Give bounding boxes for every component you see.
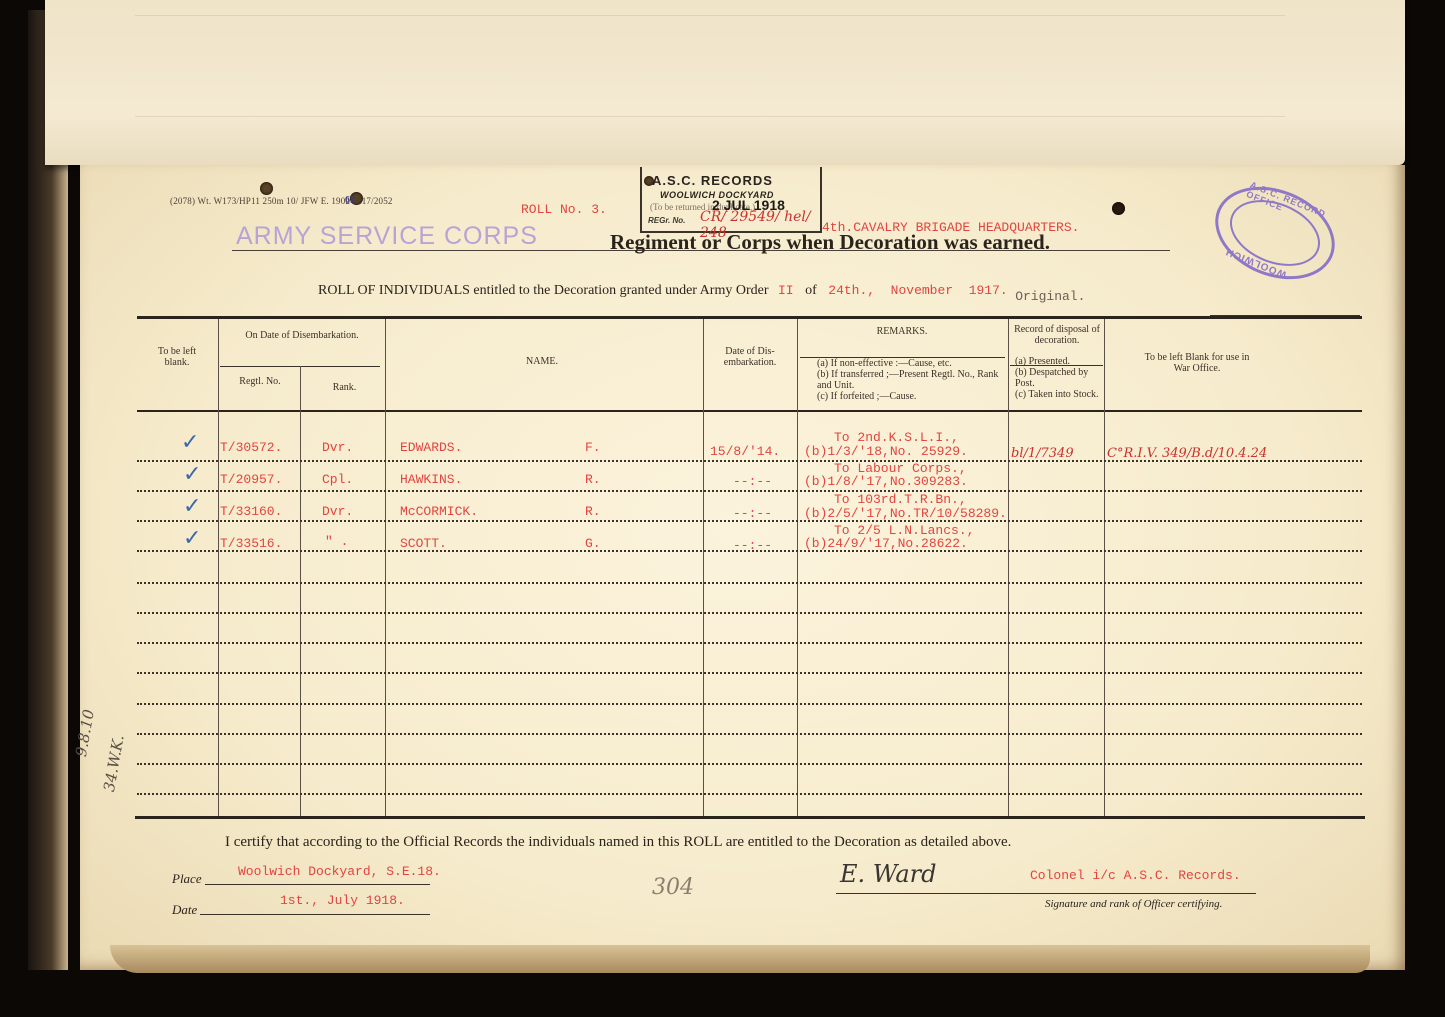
- disposal-note-a: (a) Presented.: [1015, 356, 1103, 367]
- table-bottom-rule: [135, 816, 1365, 819]
- date-value: 1st., July 1918.: [280, 893, 405, 908]
- row-rule: [137, 490, 1362, 492]
- remark-line-2: (b)1/8/'17,No.309283.: [804, 474, 968, 489]
- row-rule: [137, 582, 1362, 584]
- row-rule: [137, 672, 1362, 674]
- roll-table: To be left blank. On Date of Disembarkat…: [137, 316, 1362, 818]
- remark-line-1: To 103rd.T.R.Bn.,: [834, 492, 967, 507]
- check-tick-icon: ✓: [183, 462, 201, 487]
- header-bottom-rule: [137, 410, 1362, 412]
- stamp-line-1: A.S.C. RECORDS: [652, 173, 773, 188]
- column-divider: [300, 366, 301, 816]
- war-office-note: C°R.I.V. 349/B.d/10.4.24: [1107, 446, 1267, 461]
- col-header-blank: To be left blank.: [147, 346, 207, 368]
- regiment-label: Regiment or Corps when Decoration was ea…: [610, 230, 1050, 255]
- surname: McCORMICK.: [400, 504, 478, 519]
- records-received-stamp: A.S.C. RECORDS WOOLWICH DOCKYARD (To be …: [640, 167, 822, 233]
- remarks-note-a: (a) If non-effective :—Cause, etc.: [817, 358, 1007, 369]
- roll-heading: ROLL OF INDIVIDUALS entitled to the Deco…: [318, 283, 1085, 299]
- initial: R.: [585, 504, 601, 519]
- column-divider: [385, 319, 386, 816]
- disembarkation-date: --:--: [733, 474, 772, 489]
- row-rule: [137, 793, 1362, 795]
- regtl-no: T/33160.: [220, 504, 282, 519]
- column-divider: [797, 319, 798, 816]
- column-divider: [1104, 319, 1105, 816]
- disembarkation-date: --:--: [733, 538, 772, 553]
- check-tick-icon: ✓: [183, 526, 201, 551]
- date-label: Date: [172, 902, 197, 918]
- table-top-rule: [137, 316, 1362, 319]
- check-tick-icon: ✓: [183, 494, 201, 519]
- corps-stamp: ARMY SERVICE CORPS: [236, 222, 538, 251]
- roll-heading-of: of: [805, 283, 817, 298]
- col-header-war-office: To be left Blank for use in War Office.: [1142, 352, 1252, 374]
- remark-line-2: (b)2/5/'17,No.TR/10/58289.: [804, 506, 1007, 521]
- regtl-no: T/30572.: [220, 440, 282, 455]
- initial: R.: [585, 472, 601, 487]
- row-rule: [137, 763, 1362, 765]
- page-number: 304: [652, 875, 694, 900]
- surname: EDWARDS.: [400, 440, 462, 455]
- rank: Cpl.: [322, 472, 353, 487]
- place-label: Place: [172, 871, 202, 887]
- col-header-on-date: On Date of Disembarkation.: [237, 330, 367, 341]
- form-code: (2078) Wt. W173/HP11 250m 10/ JFW E. 190…: [170, 196, 393, 206]
- place-value: Woolwich Dockyard, S.E.18.: [238, 864, 441, 879]
- col-header-remarks: REMARKS.: [807, 326, 997, 337]
- surname: SCOTT.: [400, 536, 447, 551]
- disposal-note-b: (b) Despatched by Post.: [1015, 367, 1103, 389]
- officer-signature: E. Ward: [840, 860, 937, 888]
- remarks-note-b: (b) If transferred ;—Present Regtl. No.,…: [817, 369, 1007, 391]
- column-divider: [703, 319, 704, 816]
- stamp-reg-no-label: REGr. No.: [648, 216, 685, 225]
- remark-line-2: (b)1/3/'18,No. 25929.: [804, 444, 968, 459]
- initial: F.: [585, 440, 601, 455]
- previous-page-bleed: [45, 0, 1405, 165]
- rank: Dvr.: [322, 504, 353, 519]
- roll-number: ROLL No. 3.: [521, 202, 607, 217]
- col-header-rank: Rank.: [307, 382, 382, 393]
- rank: " .: [325, 534, 348, 549]
- certification-statement: I certify that according to the Official…: [225, 834, 1011, 851]
- check-tick-icon: ✓: [181, 430, 199, 455]
- col-header-date-disembarkation: Date of Dis-embarkation.: [709, 346, 791, 368]
- row-rule: [137, 612, 1362, 614]
- page-bottom-edge: [110, 945, 1370, 973]
- initial: G.: [585, 536, 601, 551]
- signature-underline: [836, 893, 1256, 894]
- surname: HAWKINS.: [400, 472, 462, 487]
- col-header-name: NAME.: [477, 356, 607, 367]
- row-rule: [137, 703, 1362, 705]
- disembarkation-date: --:--: [733, 506, 772, 521]
- disembarkation-date: 15/8/'14.: [710, 444, 780, 459]
- date-underline: [200, 914, 430, 915]
- row-rule: [137, 733, 1362, 735]
- army-order-date: 24th., November 1917.: [828, 283, 1007, 298]
- remarks-note-c: (c) If forfeited ;—Cause.: [817, 391, 1007, 402]
- col-header-regtl-no: Regtl. No.: [225, 376, 295, 387]
- punch-hole: [260, 182, 273, 195]
- signature-caption: Signature and rank of Officer certifying…: [1045, 898, 1222, 910]
- disposal-record: bl/1/7349: [1011, 446, 1074, 461]
- disposal-note-c: (c) Taken into Stock.: [1015, 389, 1103, 400]
- form-code-stamp: 6L: [345, 195, 357, 206]
- copy-type: Original.: [1015, 289, 1085, 304]
- col-header-disposal: Record of disposal of decoration.: [1012, 324, 1102, 346]
- army-order-number: II: [778, 283, 794, 298]
- place-underline: [205, 884, 430, 885]
- remark-line-1: To 2nd.K.S.L.I.,: [834, 430, 959, 445]
- punch-hole: [1112, 202, 1125, 215]
- regtl-no: T/20957.: [220, 472, 282, 487]
- row-rule: [137, 642, 1362, 644]
- officer-rank: Colonel i/c A.S.C. Records.: [1030, 868, 1241, 883]
- column-divider: [1008, 319, 1009, 816]
- roll-heading-printed: ROLL OF INDIVIDUALS entitled to the Deco…: [318, 283, 768, 298]
- column-divider: [218, 319, 219, 816]
- rank: Dvr.: [322, 440, 353, 455]
- remark-line-2: (b)24/9/'17,No.28622.: [804, 536, 968, 551]
- regtl-no: T/33516.: [220, 536, 282, 551]
